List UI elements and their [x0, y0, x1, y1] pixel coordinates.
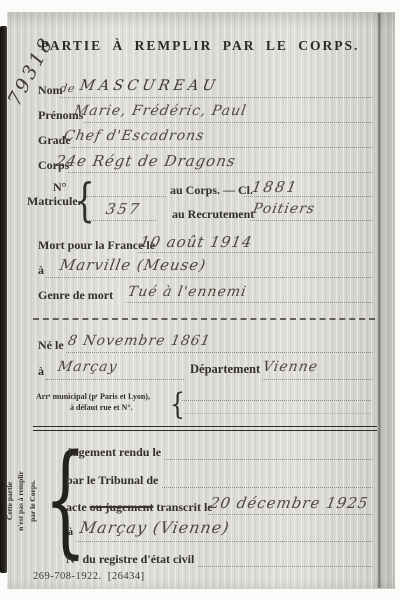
- mort-date-handwriting: 10 août 1914: [138, 233, 254, 251]
- jugement-rendu-label: Jugement rendu le: [66, 446, 161, 459]
- arrondissement-label-line1: Arrᵗ municipal (pʳ Paris et Lyon),: [36, 393, 150, 402]
- jugement-lieu-label: à: [68, 527, 73, 538]
- tribunal-label: par le Tribunal de: [66, 474, 158, 487]
- grade-value-handwriting: Chef d'Escadrons: [63, 128, 206, 144]
- imprint-number: 269-708-1922.: [33, 571, 102, 582]
- corps-value-handwriting: 24e Régt de Dragons: [54, 152, 237, 170]
- side-note-line3: par le Corps.: [27, 435, 38, 567]
- matricule-classe-handwriting: 1881: [250, 178, 299, 196]
- nom-prefix-handwriting: de: [59, 82, 77, 95]
- matricule-brace-icon: {: [74, 177, 94, 223]
- tribunal-dotted-line: [162, 487, 373, 488]
- arrondissement-label-line2: à défaut rue et N°.: [70, 404, 133, 413]
- matricule-label-line1: N°: [53, 181, 66, 194]
- jugement-lieu-dotted-line: [76, 541, 373, 542]
- acte-struck-text: ou jugement: [90, 500, 154, 514]
- departement-label: Département: [190, 363, 260, 377]
- mort-dotted-line: [138, 252, 373, 253]
- arrondissement-dotted-line-2: [182, 413, 371, 414]
- registre-dotted-line: [198, 566, 373, 567]
- matricule-recrutement-dotted-line-right: [250, 220, 373, 221]
- section-separator-line: [33, 318, 375, 320]
- acte-dotted-line: [208, 514, 373, 515]
- ne-le-dotted-line: [66, 352, 373, 353]
- ne-lieu-dotted-line: [46, 379, 184, 380]
- matricule-recrutement-dotted-line-left: [86, 220, 156, 221]
- scanned-death-record: 79318 PARTIE À REMPLIR PAR LE CORPS. Nom…: [0, 0, 400, 600]
- matricule-au-corps-label: au Corps. — Cl.: [170, 184, 253, 197]
- prenoms-dotted-line: [84, 122, 373, 123]
- nom-dotted-line: [60, 97, 373, 98]
- genre-mort-dotted-line: [126, 302, 373, 303]
- genre-mort-label: Genre de mort: [38, 289, 113, 302]
- nom-value-handwriting: MASCUREAU: [79, 78, 221, 94]
- ne-lieu-label: à: [38, 365, 44, 378]
- registre-label: N° du registre d'état civil: [66, 553, 194, 566]
- mort-lieu-label: à: [38, 264, 44, 277]
- mort-lieu-handwriting: Marville (Meuse): [58, 256, 207, 274]
- acte-label-start: acte: [66, 500, 87, 514]
- matricule-label-line2: Matricule.: [27, 195, 81, 208]
- imprint-bracket-number: [26434]: [108, 571, 145, 582]
- form-title: PARTIE À REMPLIR PAR LE CORPS.: [30, 38, 370, 54]
- acte-transcrit-label: acte ou jugement transcrit le: [66, 501, 213, 514]
- side-note-line2: n'est pas à remplir: [15, 435, 26, 567]
- page-fold-shade: [381, 13, 395, 588]
- jugement-rendu-dotted-line: [164, 459, 373, 460]
- matricule-classe-dotted-line: [244, 196, 373, 197]
- genre-mort-handwriting: Tué à l'ennemi: [127, 284, 248, 300]
- ne-lieu-handwriting: Marçay: [57, 359, 119, 375]
- arrondissement-dotted-line-1: [182, 400, 371, 401]
- transcrit-date-handwriting: 20 décembre 1925: [208, 494, 370, 512]
- grade-dotted-line: [70, 147, 373, 148]
- mort-lieu-dotted-line: [46, 277, 373, 278]
- departement-handwriting: Vienne: [262, 359, 320, 375]
- matricule-recrutement-label: au Recrutement: [172, 208, 254, 221]
- ne-le-handwriting: 8 Novembre 1861: [67, 333, 212, 349]
- departement-dotted-line: [262, 379, 373, 380]
- acte-label-end: transcrit le: [156, 500, 212, 514]
- ne-le-label: Né le: [38, 339, 64, 352]
- matricule-recrutement-handwriting: Poitiers: [252, 201, 317, 217]
- corps-dotted-line: [68, 172, 373, 173]
- jugement-lieu-handwriting: Marçay (Vienne): [78, 518, 231, 537]
- side-note-line1: Cette partie: [4, 435, 15, 567]
- prenoms-value-handwriting: Marie, Frédéric, Paul: [73, 103, 248, 119]
- matricule-number-handwriting: 357: [104, 200, 142, 218]
- imprint-reference: 269-708-1922. [26434]: [33, 571, 145, 582]
- arrondissement-brace-icon: {: [170, 390, 185, 420]
- matricule-corps-dotted-line-left: [86, 196, 166, 197]
